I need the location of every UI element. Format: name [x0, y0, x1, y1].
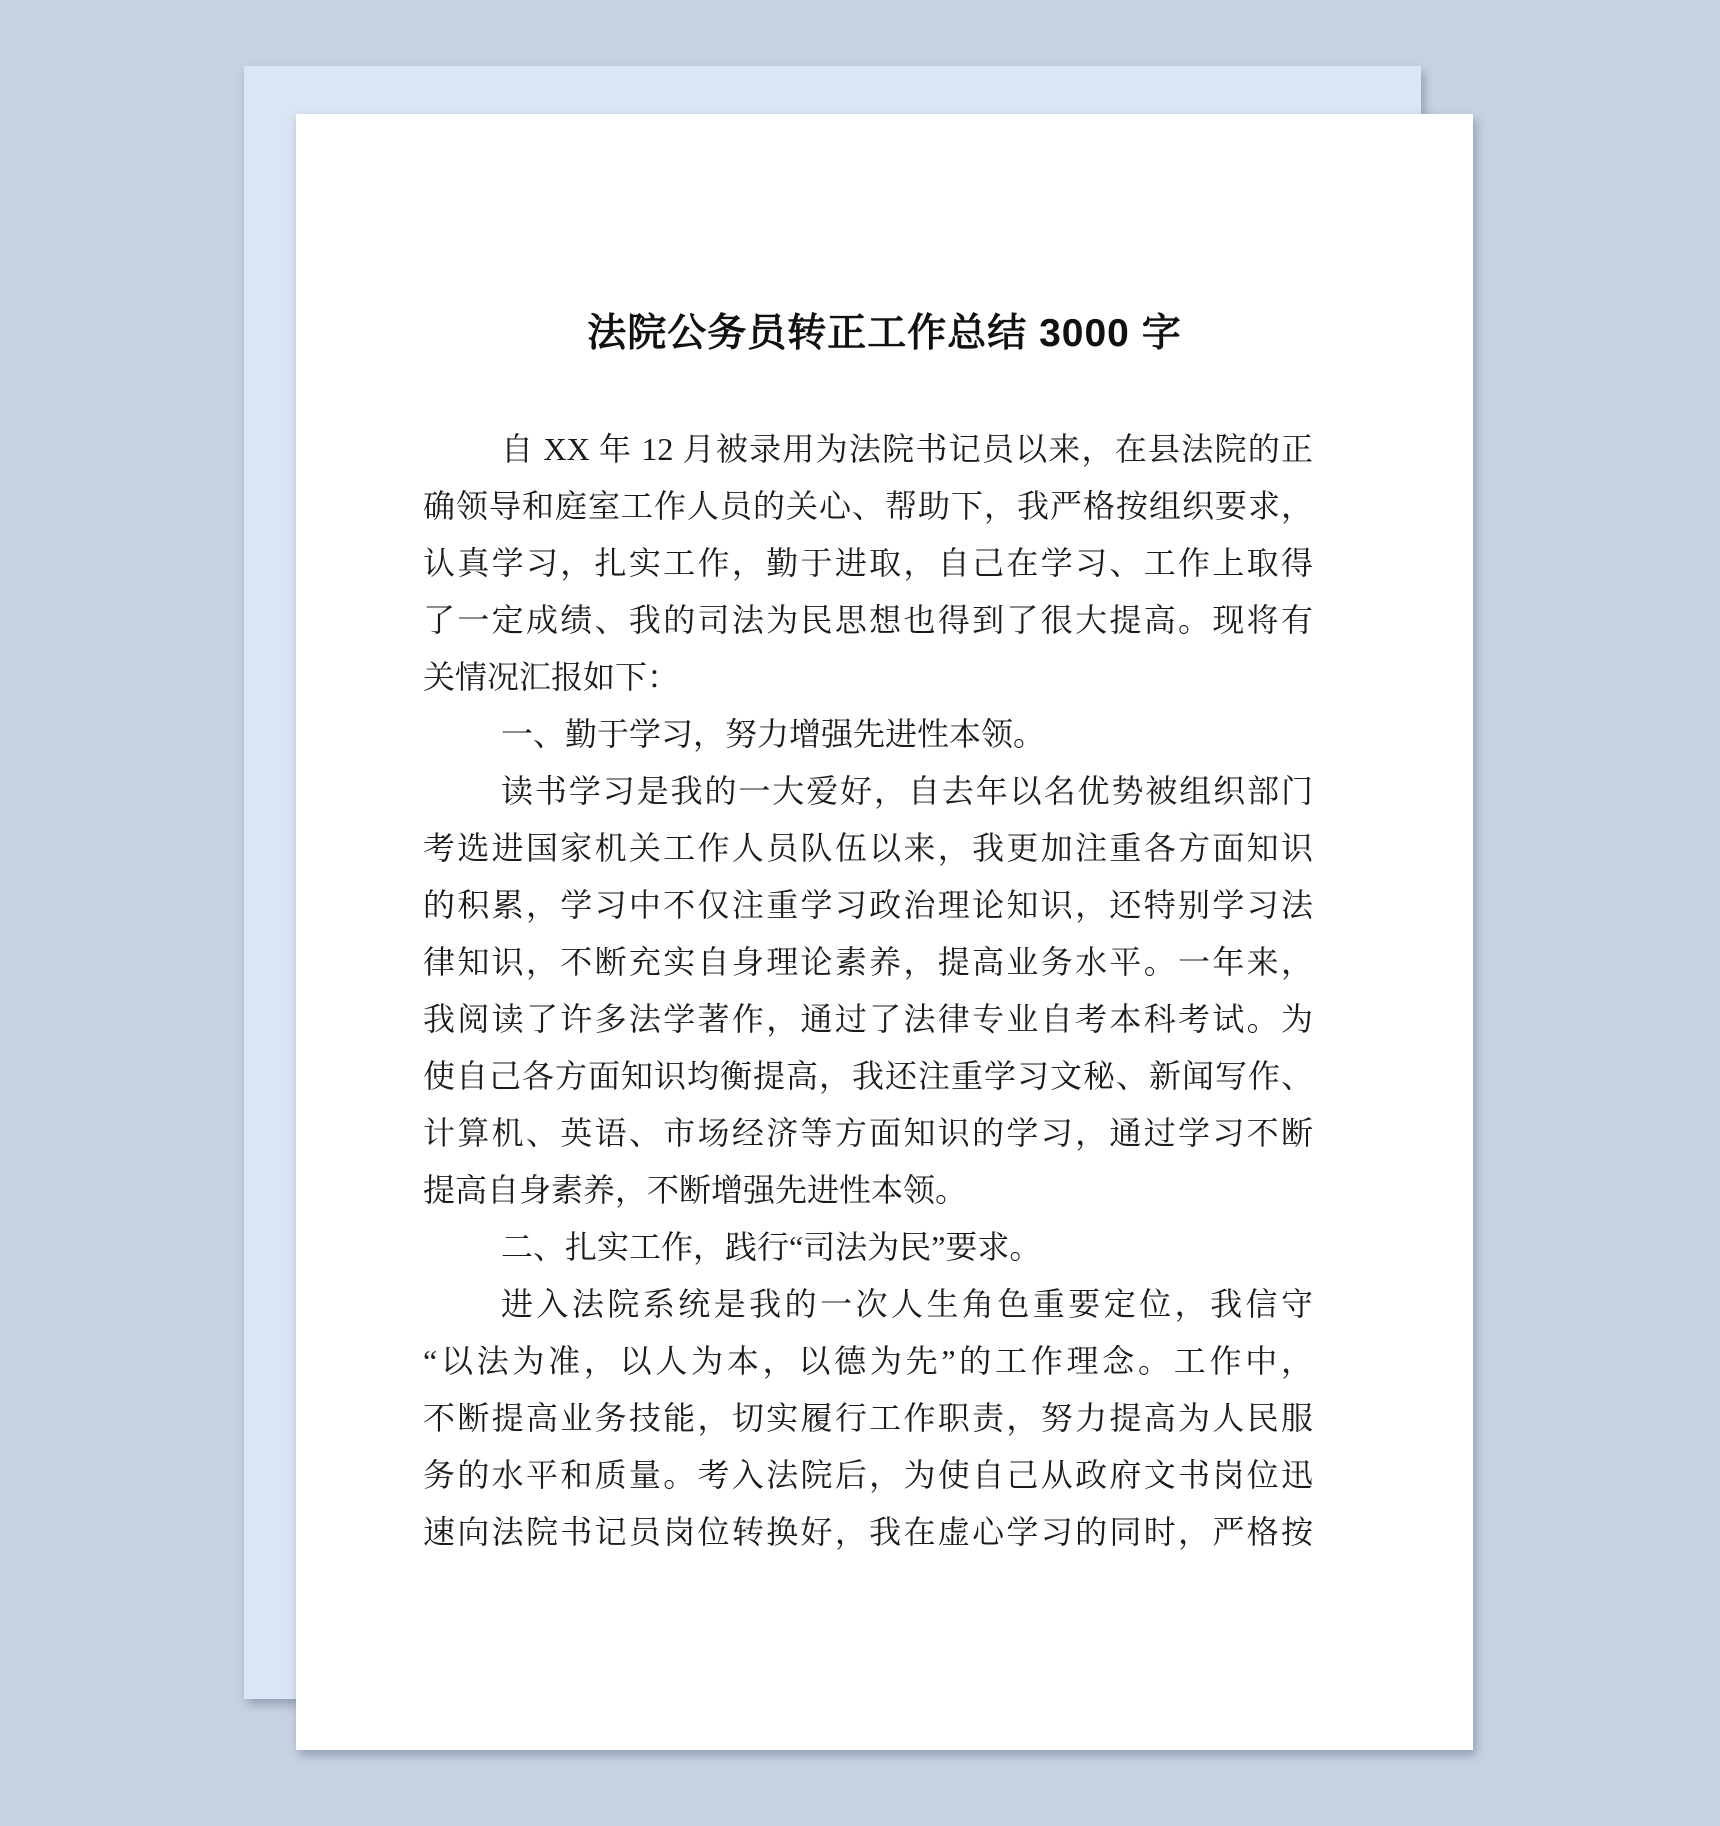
- text-line: 的积累，学习中不仅注重学习政治理论知识，还特别学习法: [423, 877, 1313, 934]
- text-line: 了一定成绩、我的司法为民思想也得到了很大提高。现将有: [423, 592, 1313, 649]
- text-line: 不断提高业务技能，切实履行工作职责，努力提高为人民服: [423, 1390, 1313, 1447]
- text-line: 二、扎实工作，践行“司法为民”要求。: [423, 1219, 1313, 1276]
- text-line: 律知识，不断充实自身理论素养，提高业务水平。一年来，: [423, 934, 1313, 991]
- text-line: 考选进国家机关工作人员队伍以来，我更加注重各方面知识: [423, 820, 1313, 877]
- text-line: 认真学习，扎实工作，勤于进取，自己在学习、工作上取得: [423, 535, 1313, 592]
- text-line: 确领导和庭室工作人员的关心、帮助下，我严格按组织要求，: [423, 478, 1313, 535]
- text-line: 自 XX 年 12 月被录用为法院书记员以来，在县法院的正: [423, 421, 1313, 478]
- document-page: 法院公务员转正工作总结 3000 字 自 XX 年 12 月被录用为法院书记员以…: [296, 114, 1473, 1750]
- text-line: 读书学习是我的一大爱好，自去年以名优势被组织部门: [423, 763, 1313, 820]
- text-line: 一、勤于学习，努力增强先进性本领。: [423, 706, 1313, 763]
- text-line: 使自己各方面知识均衡提高，我还注重学习文秘、新闻写作、: [423, 1048, 1313, 1105]
- text-line: 关情况汇报如下：: [423, 649, 1313, 706]
- document-preview: { "colors": { "background": "#c8d3e1", "…: [0, 0, 1720, 1826]
- text-line: 务的水平和质量。考入法院后，为使自己从政府文书岗位迅: [423, 1447, 1313, 1504]
- text-line: 速向法院书记员岗位转换好，我在虚心学习的同时，严格按: [423, 1504, 1313, 1561]
- text-line: “以法为准，以人为本，以德为先”的工作理念。工作中，: [423, 1333, 1313, 1390]
- text-line: 提高自身素养，不断增强先进性本领。: [423, 1162, 1313, 1219]
- text-line: 我阅读了许多法学著作，通过了法律专业自考本科考试。为: [423, 991, 1313, 1048]
- text-line: 进入法院系统是我的一次人生角色重要定位，我信守: [423, 1276, 1313, 1333]
- document-title: 法院公务员转正工作总结 3000 字: [296, 302, 1473, 358]
- text-line: 计算机、英语、市场经济等方面知识的学习，通过学习不断: [423, 1105, 1313, 1162]
- document-body: 自 XX 年 12 月被录用为法院书记员以来，在县法院的正确领导和庭室工作人员的…: [423, 421, 1313, 1561]
